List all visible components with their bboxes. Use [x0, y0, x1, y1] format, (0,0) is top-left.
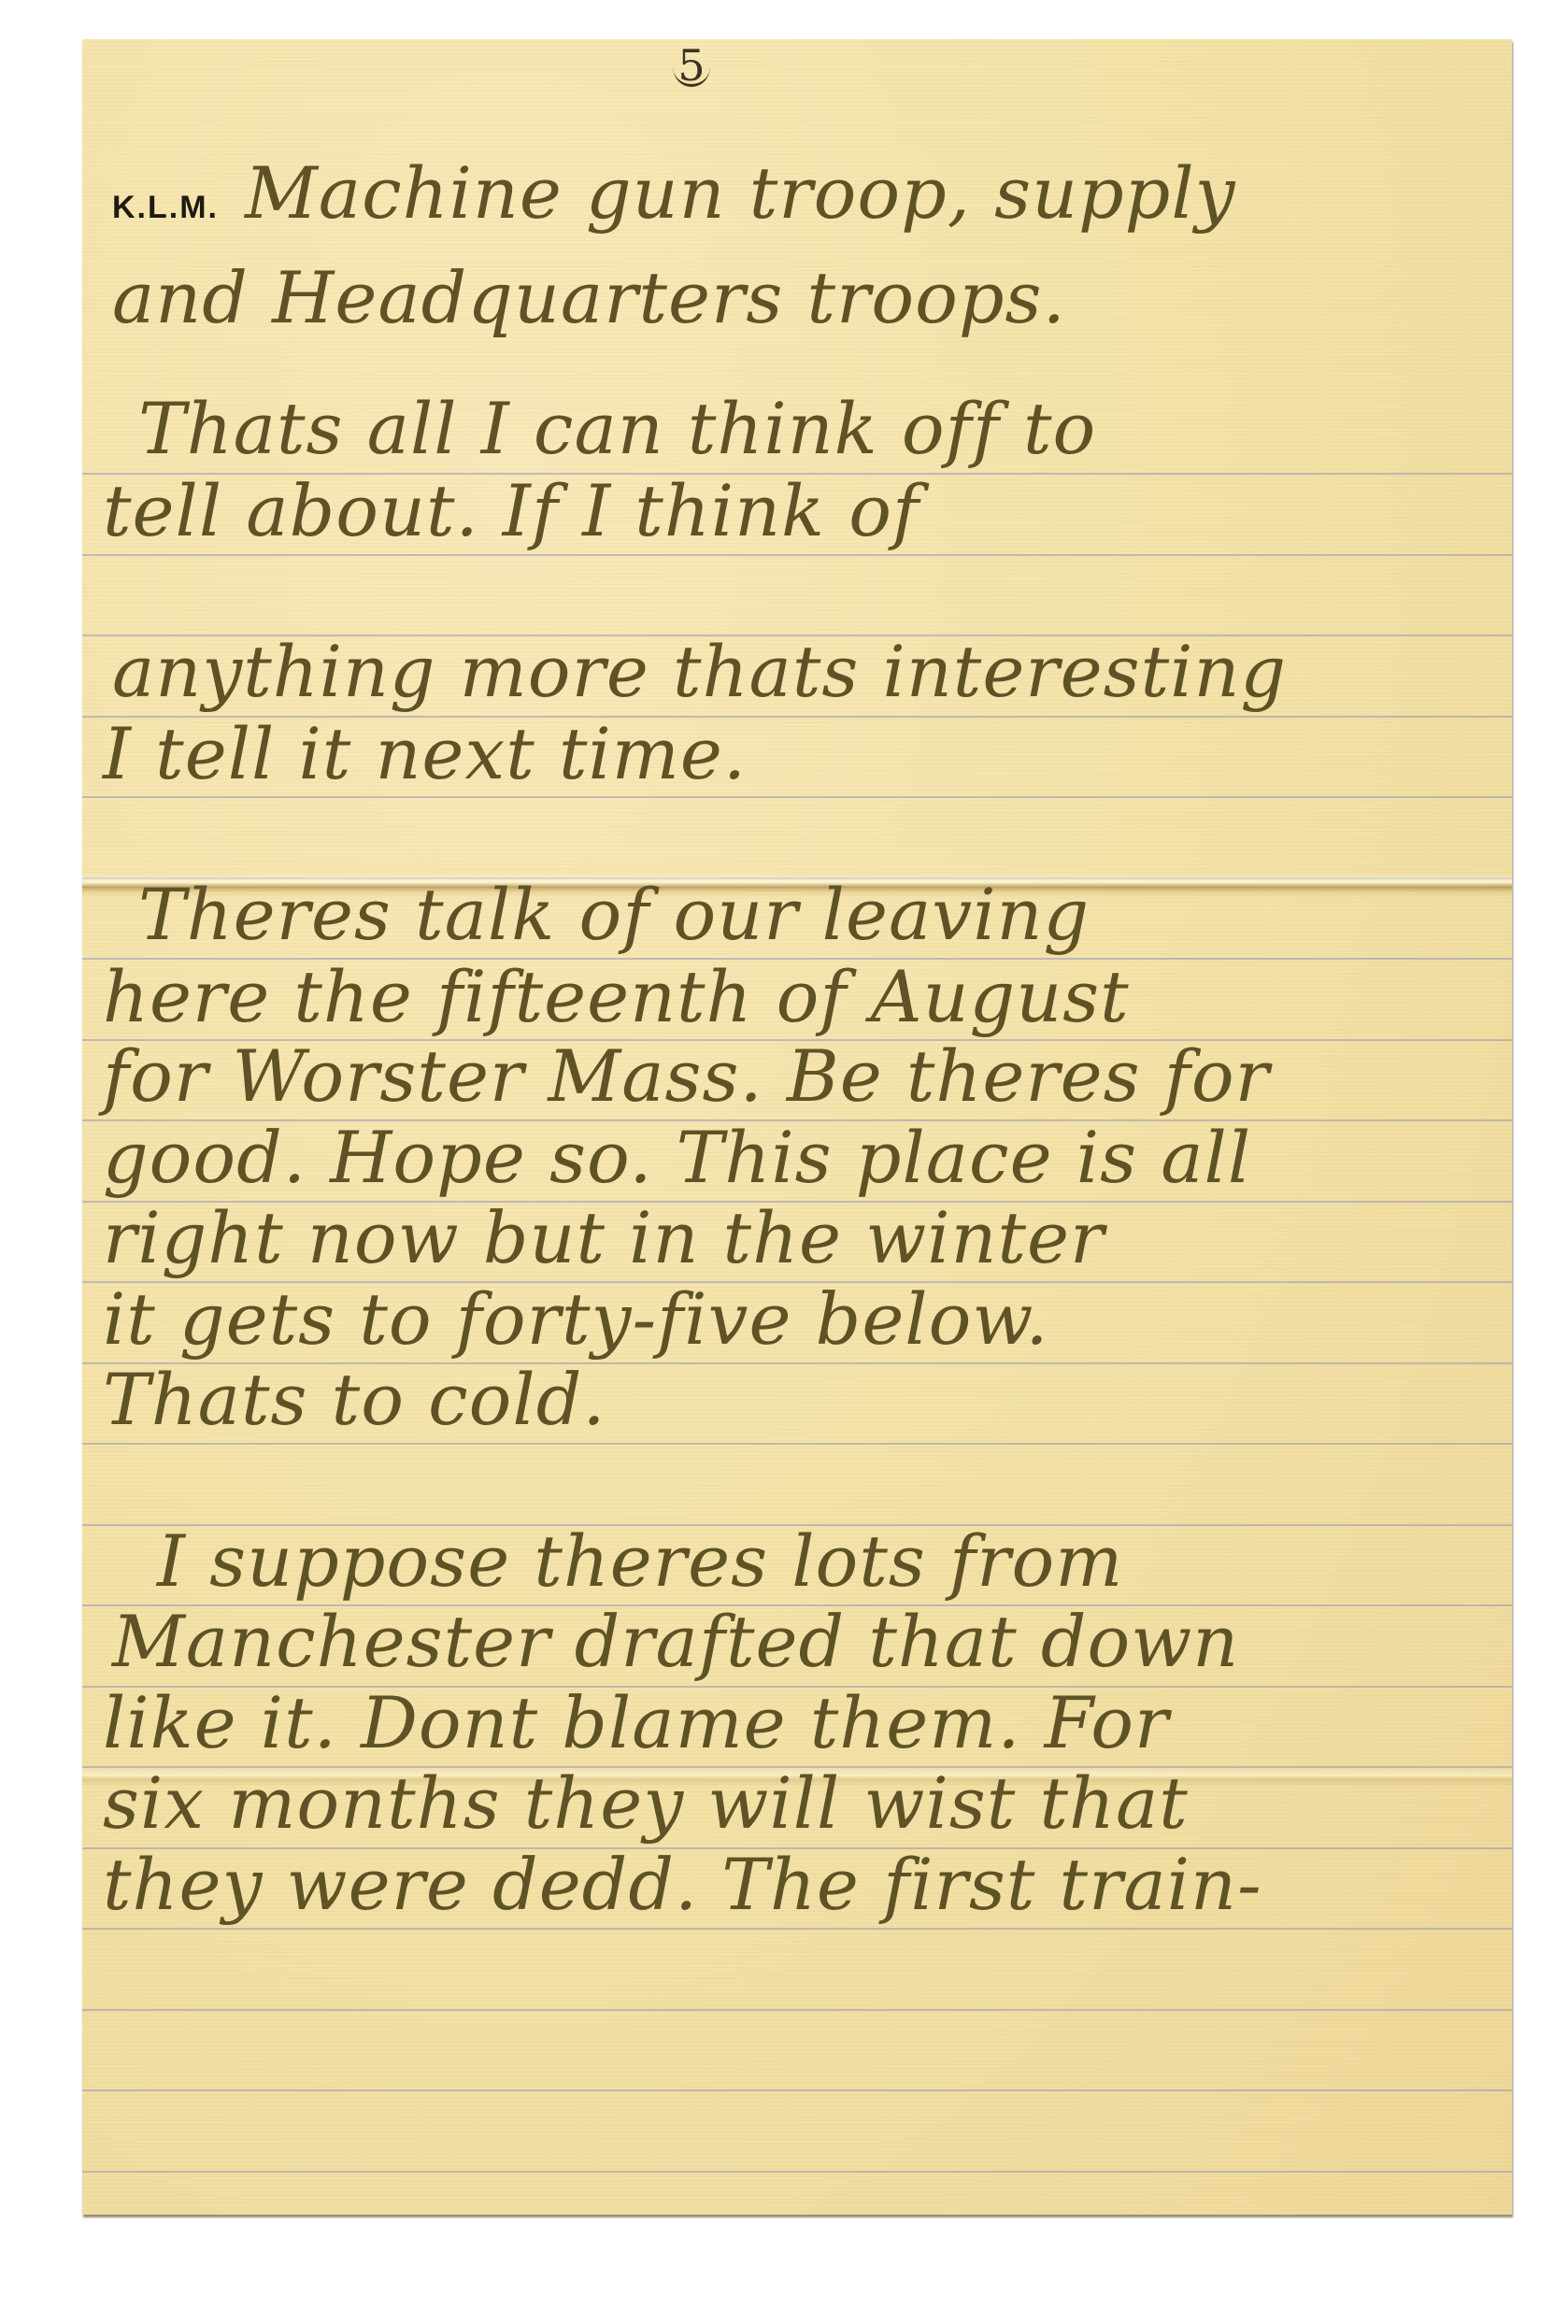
ruled-line: [82, 1443, 1512, 1445]
letter-line: K.L.M.Machine gun troop, supply: [112, 151, 1236, 235]
line-text: Machine gun troop, supply: [245, 151, 1236, 235]
letter-line: and Headquarters troops.: [112, 256, 1066, 339]
letter-line: for Worster Mass. Be theres for: [103, 1034, 1270, 1118]
ruled-line: [82, 2089, 1512, 2091]
letter-line: Manchester drafted that down: [112, 1600, 1239, 1683]
letter-line: good. Hope so. This place is all: [103, 1116, 1251, 1199]
letter-line: like it. Dont blame them. For: [103, 1681, 1169, 1764]
letter-line: Theres talk of our leaving: [138, 873, 1090, 956]
letter-line: right now but in the winter: [103, 1196, 1105, 1279]
letter-line: I tell it next time.: [103, 712, 747, 795]
letter-line: Thats to cold.: [103, 1358, 606, 1441]
letter-line: they were dedd. The first train-: [103, 1843, 1262, 1926]
letter-line: here the fifteenth of August: [103, 955, 1130, 1038]
letter-sheet: 5 K.L.M.Machine gun troop, supply and He…: [82, 39, 1512, 2215]
letter-line: tell about. If I think of: [103, 469, 919, 552]
troop-label: K.L.M.: [112, 190, 219, 225]
ruled-line: [82, 1928, 1512, 1930]
letter-line: I suppose theres lots from: [157, 1519, 1123, 1603]
ruled-line: [82, 796, 1512, 798]
ruled-line: [82, 2171, 1512, 2173]
letter-line: Thats all I can think off to: [138, 387, 1096, 470]
letter-line: six months they will wist that: [103, 1761, 1189, 1845]
letter-line: it gets to forty-five below.: [103, 1277, 1049, 1361]
page-number: 5: [673, 47, 710, 87]
ruled-line: [82, 2009, 1512, 2011]
letter-line: anything more thats interesting: [112, 630, 1287, 713]
ruled-line: [82, 554, 1512, 556]
